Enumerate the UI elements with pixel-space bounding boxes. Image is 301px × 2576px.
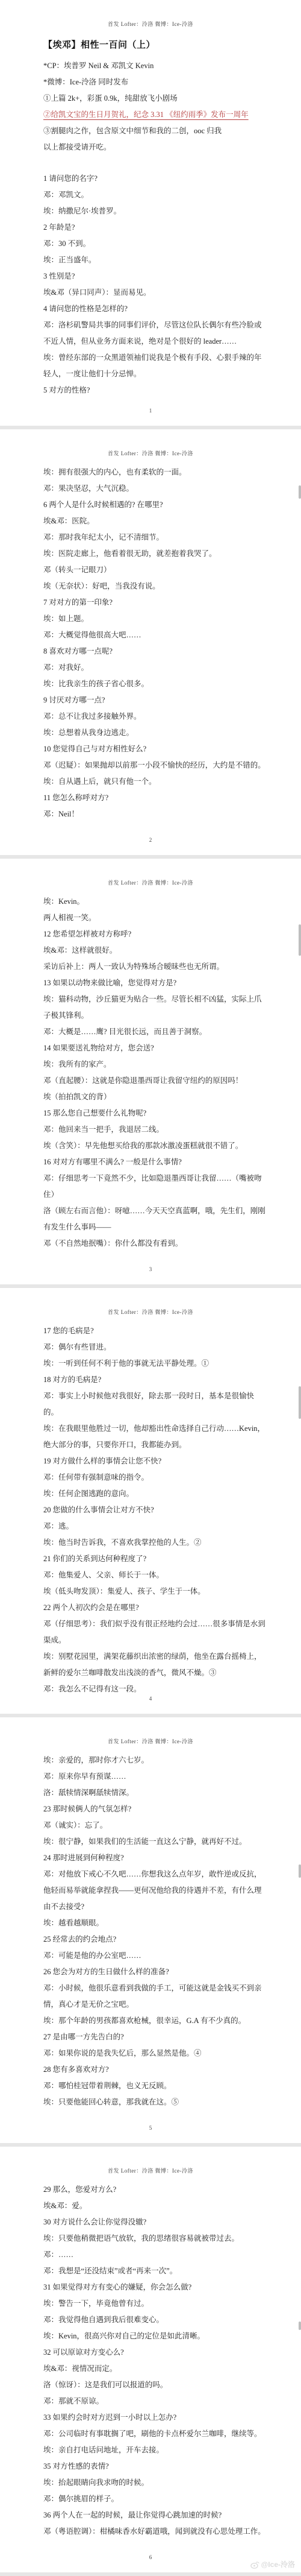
answer-paragraph: 埃：Kevin，很高兴你对自己的定位是如此清晰。: [43, 2328, 266, 2344]
document-pages: 首发 Lofter：泠洛 微博：Ice-泠洛【埃邓】相性一百问（上）*CP：埃普…: [0, 0, 301, 2576]
answer-paragraph: 埃（拍拍凯文的背）: [43, 1089, 266, 1105]
answer-paragraph: 邓：邓凯文。: [43, 187, 266, 203]
question-paragraph: 3 性别是?: [43, 268, 266, 285]
answer-paragraph: 埃：医院走廊上，他看着很无助，就差抱着我哭了。: [43, 546, 266, 562]
answer-paragraph: 埃&邓：视情况而定。: [43, 2361, 266, 2377]
answer-paragraph: 两人相视一笑。: [43, 910, 266, 926]
document-page: 首发 Lofter：泠洛 微博：Ice-泠洛29 那么，您爱对方么?埃&邓：爱。…: [0, 2147, 301, 2572]
answer-paragraph: 埃：只要他稍微把语气放软，我的思绪很容易就被带过去。: [43, 2230, 266, 2247]
answer-paragraph: 埃&邓（异口同声）：显而易见。: [43, 285, 266, 301]
question-paragraph: 7 对对方的第一印象?: [43, 595, 266, 611]
question-paragraph: 25 经常去的约会地点?: [43, 1931, 266, 1948]
question-paragraph: 23 那时候俩人的气氛怎样?: [43, 1801, 266, 1817]
question-paragraph: 17 您的毛病是?: [43, 1323, 266, 1339]
answer-paragraph: 埃：如上题。: [43, 611, 266, 627]
question-paragraph: 6 两个人是什么时候相遇的? 在哪里?: [43, 497, 266, 513]
page-running-header: 首发 Lofter：泠洛 微博：Ice-泠洛: [39, 859, 262, 887]
document-page: 首发 Lofter：泠洛 微博：Ice-泠洛17 您的毛病是?邓：偶尔有些冒进。…: [0, 1288, 301, 1714]
answer-paragraph: 邓（仔细思考）：我们似乎没有很正经地约会过……很多事情是水到渠成。: [43, 1616, 266, 1649]
answer-paragraph: 埃&邓：这样就很好。: [43, 942, 266, 959]
answer-paragraph: 邓（粤语腔调）：柑橘味香水好霸道哦，闻到就没有心思处理工作。: [43, 2524, 266, 2540]
document-viewport: 首发 Lofter：泠洛 微博：Ice-泠洛【埃邓】相性一百问（上）*CP：埃普…: [0, 0, 301, 2576]
scrollbar-thumb[interactable]: [299, 924, 301, 956]
answer-paragraph: 埃：拥有很强大的内心，也有柔软的一面。: [43, 464, 266, 481]
question-paragraph: 9 讨厌对方哪一点?: [43, 692, 266, 709]
answer-paragraph: 邓：任何带有强制意味的指令。: [43, 1470, 266, 1486]
answer-paragraph: 埃：自从遇上后，就只有他一个。: [43, 774, 266, 790]
answer-paragraph: 埃：只要他能回心转意，那我就在这。⑤: [43, 2094, 266, 2110]
document-page: 首发 Lofter：泠洛 微博：Ice-泠洛埃：拥有很强大的内心，也有柔软的一面…: [0, 429, 301, 855]
answer-paragraph: 邓：大概是……鹰? 目光很长远，而且善于洞察。: [43, 1024, 266, 1040]
question-paragraph: 31 如果觉得对方有变心的嫌疑，你会怎么做?: [43, 2279, 266, 2296]
answer-paragraph: 埃：Kevin。: [43, 894, 266, 910]
answer-paragraph: 埃：比我亲生的孩子省心很多。: [43, 676, 266, 692]
answer-paragraph: 洛（顾左右而言他）：呀噫……今天天空真蓝啊，哦，先生们，刚刚有发生什么事吗——: [43, 1203, 266, 1236]
answer-paragraph: 邓（直起腰）：这就是你隐退墨西哥让我留守纽约的原因吗！: [43, 1073, 266, 1089]
scrollbar-thumb[interactable]: [299, 1864, 301, 1878]
intro-note: *微博：Ice-泠洛 同时发布: [43, 74, 266, 90]
answer-paragraph: 邓：那就不原谅。: [43, 2393, 266, 2410]
document-page: 首发 Lofter：泠洛 微博：Ice-泠洛埃：Kevin。两人相视一笑。12 …: [0, 859, 301, 1284]
answer-paragraph: 邓：公司临时有事耽搁了吧，刷他的卡点杯爱尔兰咖啡，继续等。: [43, 2426, 266, 2442]
answer-paragraph: 邓：总不让我过多接触外界。: [43, 709, 266, 725]
answer-paragraph: 埃：亲爱的，那时你才六七岁。: [43, 1752, 266, 1769]
answer-paragraph: 埃：抬起眼睛向我求吻的时候。: [43, 2475, 266, 2491]
answer-paragraph: 邓：对他放下戒心不久吧……你想我这么点年岁，敢忤逆或反抗，他轻而易举就能拿捏我—…: [43, 1866, 266, 1915]
answer-paragraph: 邓：果决坚忍，大气沉稳。: [43, 481, 266, 497]
page-content: 17 您的毛病是?邓：偶尔有些冒进。埃：一听到任何不利于他的事就无法平静处理。①…: [43, 1323, 266, 1697]
answer-paragraph: 邓：偶尔挑眉的样子。: [43, 2491, 266, 2507]
answer-paragraph: 埃：警告一下，毕竟他曾有过。: [43, 2296, 266, 2312]
answer-paragraph: 邓：事实上小时候他对我很好，除去那一段时日，基本是很愉快的。: [43, 1388, 266, 1421]
page-content: 埃：亲爱的，那时你才六七岁。邓：原来你早有预谋……洛：舐犊情深啊舐犊情深。23 …: [43, 1752, 266, 2110]
page-content: 【埃邓】相性一百问（上）*CP：埃普罗 Neil & 邓凯文 Kevin*微博：…: [43, 35, 266, 399]
watermark: @Ice-泠洛: [250, 2560, 295, 2569]
answer-paragraph: 邓：他集爱人、父亲、师长于一体。: [43, 1567, 266, 1583]
question-paragraph: 11 您怎么称呼对方?: [43, 790, 266, 806]
answer-paragraph: 埃（无奈状）：好吧，当我没有说。: [43, 578, 266, 595]
answer-paragraph: 埃（低头吻发顶）：集爱人、孩子、学生于一体。: [43, 1583, 266, 1600]
page-number: 1: [0, 408, 301, 414]
answer-paragraph: 邓：洛杉矶警局共事的同事们评价，尽管这位队长偶尔有些冷脸或不近人情，但从业务方面…: [43, 317, 266, 350]
question-paragraph: 18 对方的毛病是?: [43, 1372, 266, 1388]
question-paragraph: 1 请问您的名字?: [43, 171, 266, 187]
question-paragraph: 32 可以原谅对方变心么?: [43, 2344, 266, 2361]
question-paragraph: 14 如果要送礼物给对方，您会送?: [43, 1040, 266, 1056]
intro-note: 以上都接受请开吃。: [43, 139, 266, 156]
answer-paragraph: 邓（不自然地抿嘴）：你什么都没有看到。: [43, 1236, 266, 1252]
answer-paragraph: 邓：大概觉得他很高大吧……: [43, 627, 266, 643]
page-number: 5: [0, 2125, 301, 2131]
page-gap: [0, 2572, 301, 2576]
question-paragraph: 22 两个人初次约会是在哪里?: [43, 1600, 266, 1616]
answer-paragraph: 邓：哪怕桂冠带着荆棘，也义无反顾。: [43, 2078, 266, 2094]
question-paragraph: 15 那么您自己想要什么礼物呢?: [43, 1105, 266, 1122]
question-paragraph: 28 您有多喜欢对方?: [43, 2062, 266, 2078]
answer-paragraph: 邓：那时我年纪太小，记不清细节。: [43, 529, 266, 546]
answer-paragraph: 邓（迟疑）：如果抛却以前那一小段不愉快的经历，大约是不错的。: [43, 757, 266, 774]
answer-paragraph: 埃：猫科动物，沙丘猫更为贴合一些。尽管长相不凶猛，实际上爪子极其锋利。: [43, 991, 266, 1024]
intro-note: ①上篇 2k+，彩蛋 0.9k，纯甜放飞小剧场: [43, 90, 266, 107]
answer-paragraph: 邓（诚实）：忘了。: [43, 1817, 266, 1834]
answer-paragraph: 邓：可能是他的办公室吧……: [43, 1948, 266, 1964]
answer-paragraph: 邓：小时候，他很乐意看到我做的手工，可能这就是金钱买不到亲情，真心才是无价之宝吧…: [43, 1980, 266, 2013]
answer-paragraph: 邓：我觉得他自遇到我后很难变心。: [43, 2312, 266, 2328]
answer-paragraph: 埃（含笑）：早先他想买给我的那款冰激凌蛋糕就很不错了。: [43, 1138, 266, 1154]
answer-paragraph: 邓：Neil！: [43, 806, 266, 822]
watermark-handle: @Ice-泠洛: [261, 2560, 295, 2569]
page-running-header: 首发 Lofter：泠洛 微博：Ice-泠洛: [39, 1717, 262, 1746]
scrollbar-thumb[interactable]: [299, 1386, 301, 1419]
page-number: 2: [0, 837, 301, 843]
answer-paragraph: 埃：亲自打电话问地址，开车去接。: [43, 2442, 266, 2458]
page-content: 埃：拥有很强大的内心，也有柔软的一面。邓：果决坚忍，大气沉稳。6 两个人是什么时…: [43, 464, 266, 822]
answer-paragraph: 邓：我想是“还没结束”或者“再来一次”。: [43, 2263, 266, 2279]
answer-paragraph: 邓：仔细思考一下竟然不少，比如隐退墨西哥让我留……（嘴被吻住）: [43, 1170, 266, 1203]
question-paragraph: 21 你们的关系到达何种程度了?: [43, 1551, 266, 1567]
answer-paragraph: 埃&邓：医院。: [43, 513, 266, 529]
question-paragraph: 4 请问您的性格是怎样的?: [43, 301, 266, 317]
question-paragraph: 16 对对方有哪里不满么? 一般是什么事情?: [43, 1154, 266, 1170]
question-paragraph: 8 喜欢对方哪一点呢?: [43, 643, 266, 660]
page-number: 3: [0, 1266, 301, 1272]
page-running-header: 首发 Lofter：泠洛 微博：Ice-泠洛: [39, 0, 262, 28]
page-content: 埃：Kevin。两人相视一笑。12 您希望怎样被对方称呼?埃&邓：这样就很好。采…: [43, 894, 266, 1252]
page-running-header: 首发 Lofter：泠洛 微博：Ice-泠洛: [39, 1288, 262, 1316]
document-title: 【埃邓】相性一百问（上）: [43, 35, 266, 55]
question-paragraph: 35 对方性感的表情?: [43, 2458, 266, 2475]
answer-paragraph: 邓：30 不到。: [43, 236, 266, 252]
page-number: 4: [0, 1696, 301, 1702]
page-running-header: 首发 Lofter：泠洛 微博：Ice-泠洛: [39, 429, 262, 458]
answer-paragraph: 邓：如果你说的是我失忆后，那么显然是他。④: [43, 2045, 266, 2062]
answer-paragraph: 埃：那个年龄的男孩都喜欢枪械，很幸运，G.A 有不少真的。: [43, 2013, 266, 2029]
answer-paragraph: 埃：我所有的家产。: [43, 1056, 266, 1073]
intro-note-highlight: ②给凯文宝的生日月贺礼，纪念 3.31 《纽约雨季》发布一周年: [43, 107, 266, 123]
answer-paragraph: 埃：很宁静，如果我们的生活能一直这么宁静，就再好不过。: [43, 1834, 266, 1850]
question-paragraph: 2 年龄是?: [43, 219, 266, 236]
question-paragraph: 26 您会为对方的生日做什么样的准备?: [43, 1964, 266, 1980]
answer-paragraph: 邓：我怎么不记得有这一段。: [43, 1681, 266, 1697]
question-paragraph: 13 如果以动物来做比喻，您觉得对方是?: [43, 975, 266, 991]
question-paragraph: 36 两个人在一起的时候，最让你觉得心跳加速的时候?: [43, 2507, 266, 2524]
answer-paragraph: 邓：偶尔有些冒进。: [43, 1339, 266, 1356]
answer-paragraph: 邓：他回来当一把手，我退居二线。: [43, 1122, 266, 1138]
intro-note: ③割腿肉之作，包含原文中细节和我的二创，ooc 归我: [43, 123, 266, 139]
answer-paragraph: 埃：他当时告诉我，不喜欢我掌控他的人生。②: [43, 1535, 266, 1551]
document-page: 首发 Lofter：泠洛 微博：Ice-泠洛埃：亲爱的，那时你才六七岁。邓：原来…: [0, 1717, 301, 2143]
question-paragraph: 30 对方说什么会让你觉得没辙?: [43, 2214, 266, 2230]
answer-paragraph: 埃：曾经东部的一众黑道领袖们说我是个极有手段、心狠手辣的年轻人，一度让他们十分忌…: [43, 350, 266, 382]
scrollbar-thumb[interactable]: [299, 485, 301, 499]
answer-paragraph: 埃：越看越顺眼。: [43, 1915, 266, 1931]
answer-paragraph: 邓：逃。: [43, 1518, 266, 1535]
document-page: 首发 Lofter：泠洛 微博：Ice-泠洛【埃邓】相性一百问（上）*CP：埃普…: [0, 0, 301, 426]
weibo-logo-icon: [250, 2560, 259, 2569]
question-paragraph: 10 您觉得自己与对方相性好么?: [43, 741, 266, 757]
question-paragraph: 33 如果约会时对方迟到一小时以上怎办?: [43, 2410, 266, 2426]
question-paragraph: 5 对方的性格?: [43, 382, 266, 399]
answer-paragraph: 邓（转头一记眼刀）: [43, 562, 266, 578]
question-paragraph: 19 对方做什么样的事情会让您不快?: [43, 1453, 266, 1470]
answer-paragraph: 邓：对我好。: [43, 660, 266, 676]
answer-paragraph: 洛（惊讶）：这是我们可以报道的吗。: [43, 2377, 266, 2393]
answer-paragraph: 埃&邓：爱。: [43, 2198, 266, 2214]
answer-paragraph: 埃：别墅花园里，满架花藤织出浓密的绿荫，他坐在露台摇椅上，新鲜的爱尔兰咖啡散发出…: [43, 1649, 266, 1681]
question-paragraph: 27 是由哪一方先告白的?: [43, 2029, 266, 2045]
answer-paragraph: 邓：……: [43, 2247, 266, 2263]
page-content: 29 那么，您爱对方么?埃&邓：爱。30 对方说什么会让你觉得没辙?埃：只要他稍…: [43, 2182, 266, 2540]
answer-paragraph: 埃：总想着从我身边逃走。: [43, 725, 266, 741]
answer-paragraph: 埃：一听到任何不利于他的事就无法平静处理。①: [43, 1356, 266, 1372]
page-running-header: 首发 Lofter：泠洛 微博：Ice-泠洛: [39, 2147, 262, 2175]
answer-paragraph: 洛：舐犊情深啊舐犊情深。: [43, 1785, 266, 1801]
question-paragraph: 12 您希望怎样被对方称呼?: [43, 926, 266, 942]
answer-paragraph: 埃：在我眼里他胜过一切，他却豁出性命选择自己行动……Kevin，绝大部分的事，只…: [43, 1421, 266, 1453]
question-paragraph: 20 您做的什么事情会让对方不快?: [43, 1502, 266, 1518]
intro-note: *CP：埃普罗 Neil & 邓凯文 Kevin: [43, 58, 266, 74]
answer-paragraph: 埃：纳撒尼尔·埃普罗。: [43, 203, 266, 219]
answer-paragraph: 邓：原来你早有预谋……: [43, 1769, 266, 1785]
answer-paragraph: 埃：任何企图逃跑的意向。: [43, 1486, 266, 1502]
answer-paragraph: 埃：正当盛年。: [43, 252, 266, 268]
answer-paragraph: 采访后补上：两人一致认为特殊场合暧昧些也无所谓。: [43, 959, 266, 975]
question-paragraph: 29 那么，您爱对方么?: [43, 2182, 266, 2198]
question-paragraph: 24 那时进展到何种程度?: [43, 1850, 266, 1866]
scrollbar-thumb[interactable]: [299, 2322, 301, 2330]
